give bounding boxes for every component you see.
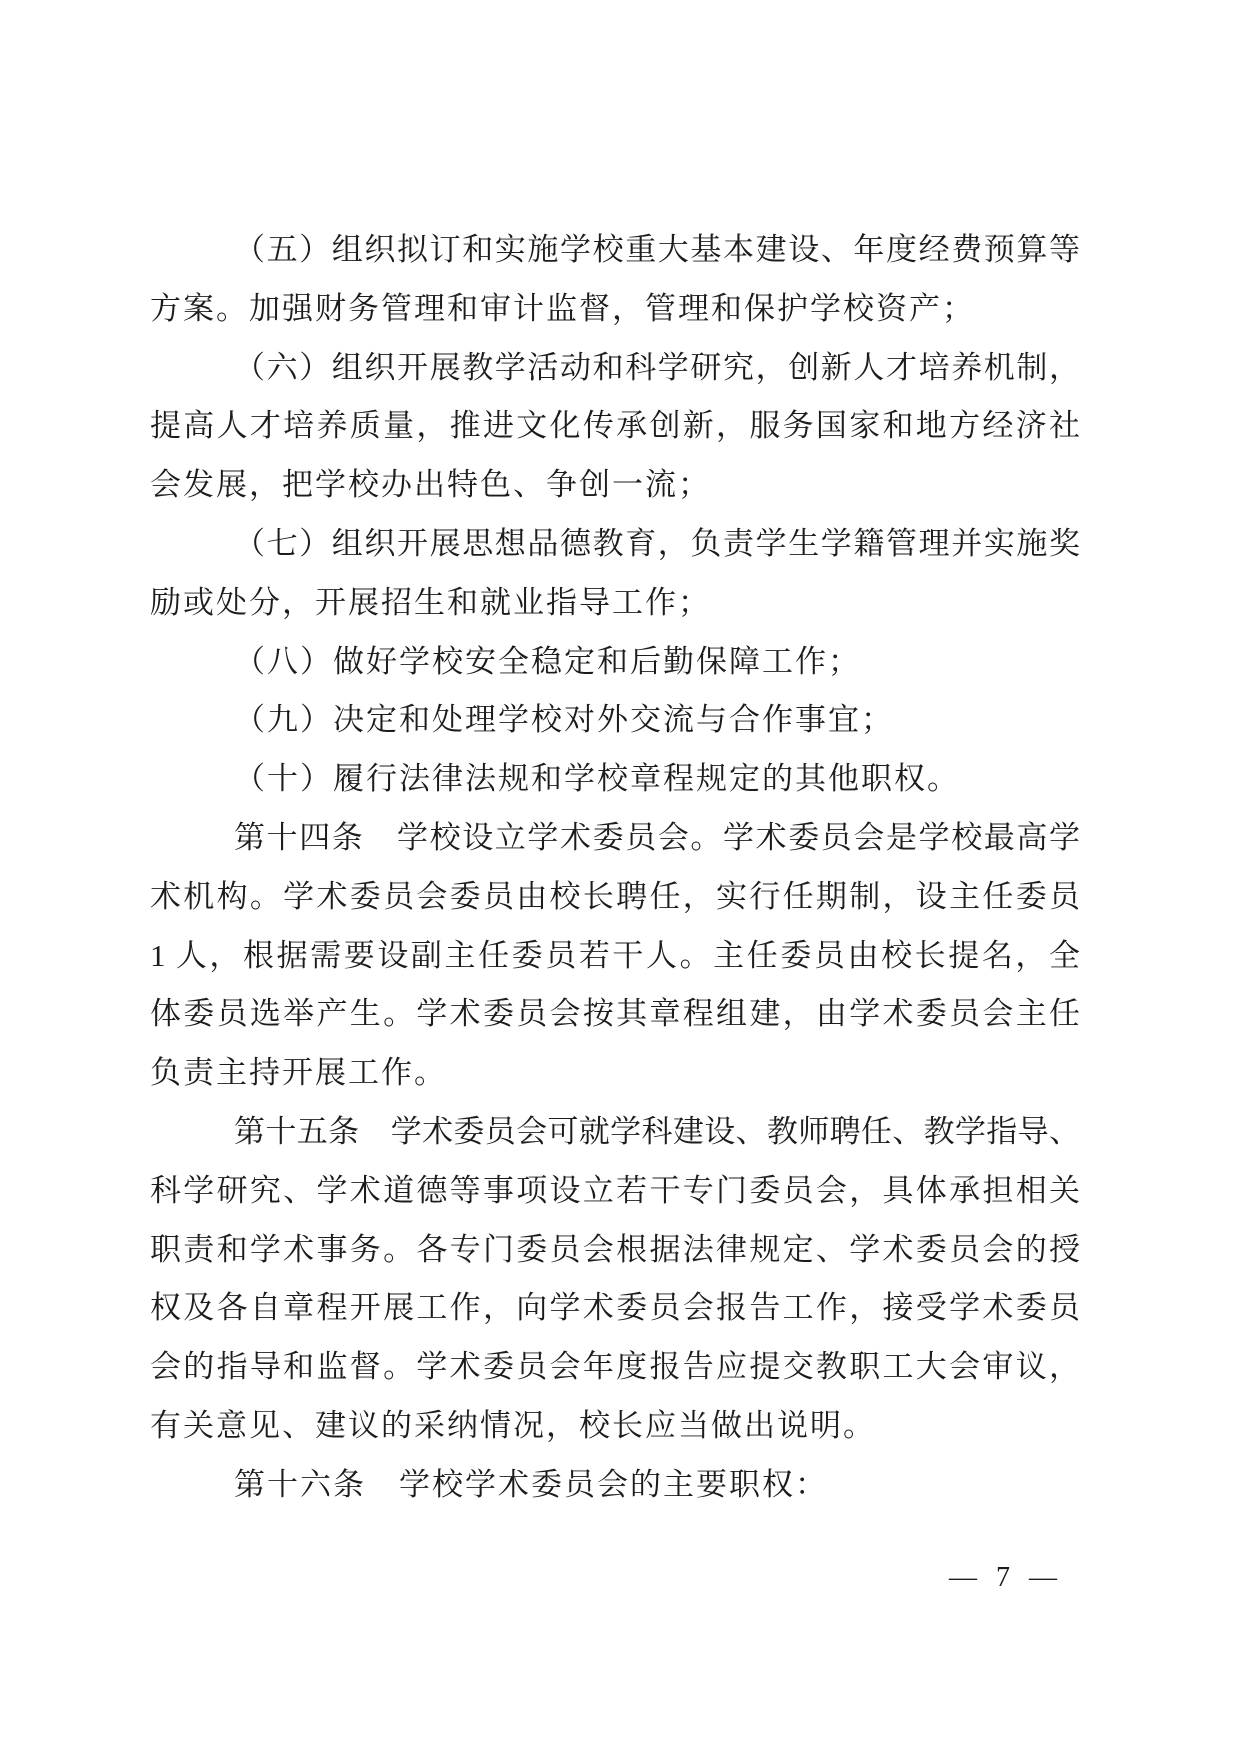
document-line: 负责主持开展工作。 <box>150 1044 1080 1103</box>
document-line: 职责和学术事务。各专门委员会根据法律规定、学术委员会的授 <box>150 1221 1080 1280</box>
document-line: 术机构。学术委员会委员由校长聘任，实行任期制，设主任委员 <box>150 868 1080 927</box>
document-line: 体委员选举产生。学术委员会按其章程组建，由学术委员会主任 <box>150 985 1080 1044</box>
document-line: 1 人，根据需要设副主任委员若干人。主任委员由校长提名，全 <box>150 927 1080 986</box>
document-line: 权及各自章程开展工作，向学术委员会报告工作，接受学术委员 <box>150 1279 1080 1338</box>
document-line: 会的指导和监督。学术委员会年度报告应提交教职工大会审议， <box>150 1338 1080 1397</box>
document-page: （五）组织拟订和实施学校重大基本建设、年度经费预算等方案。加强财务管理和审计监督… <box>0 0 1240 1754</box>
document-line: （五）组织拟订和实施学校重大基本建设、年度经费预算等 <box>150 221 1080 280</box>
text-block: （五）组织拟订和实施学校重大基本建设、年度经费预算等方案。加强财务管理和审计监督… <box>150 221 1080 1515</box>
document-line: 有关意见、建议的采纳情况，校长应当做出说明。 <box>150 1397 1080 1456</box>
document-line: （八）做好学校安全稳定和后勤保障工作； <box>150 633 1080 692</box>
document-line: （九）决定和处理学校对外交流与合作事宜； <box>150 691 1080 750</box>
page-number: — 7 — <box>949 1560 1063 1596</box>
document-line: （七）组织开展思想品德教育，负责学生学籍管理并实施奖 <box>150 515 1080 574</box>
document-line: 方案。加强财务管理和审计监督，管理和保护学校资产； <box>150 280 1080 339</box>
document-line: 会发展，把学校办出特色、争创一流； <box>150 456 1080 515</box>
document-line: （六）组织开展教学活动和科学研究，创新人才培养机制， <box>150 339 1080 398</box>
document-line: 励或处分，开展招生和就业指导工作； <box>150 574 1080 633</box>
document-line: 第十四条 学校设立学术委员会。学术委员会是学校最高学 <box>150 809 1080 868</box>
document-line: （十）履行法律法规和学校章程规定的其他职权。 <box>150 750 1080 809</box>
document-line: 第十六条 学校学术委员会的主要职权： <box>150 1456 1080 1515</box>
document-line: 提高人才培养质量，推进文化传承创新，服务国家和地方经济社 <box>150 397 1080 456</box>
document-line: 第十五条 学术委员会可就学科建设、教师聘任、教学指导、 <box>150 1103 1080 1162</box>
document-line: 科学研究、学术道德等事项设立若干专门委员会，具体承担相关 <box>150 1162 1080 1221</box>
